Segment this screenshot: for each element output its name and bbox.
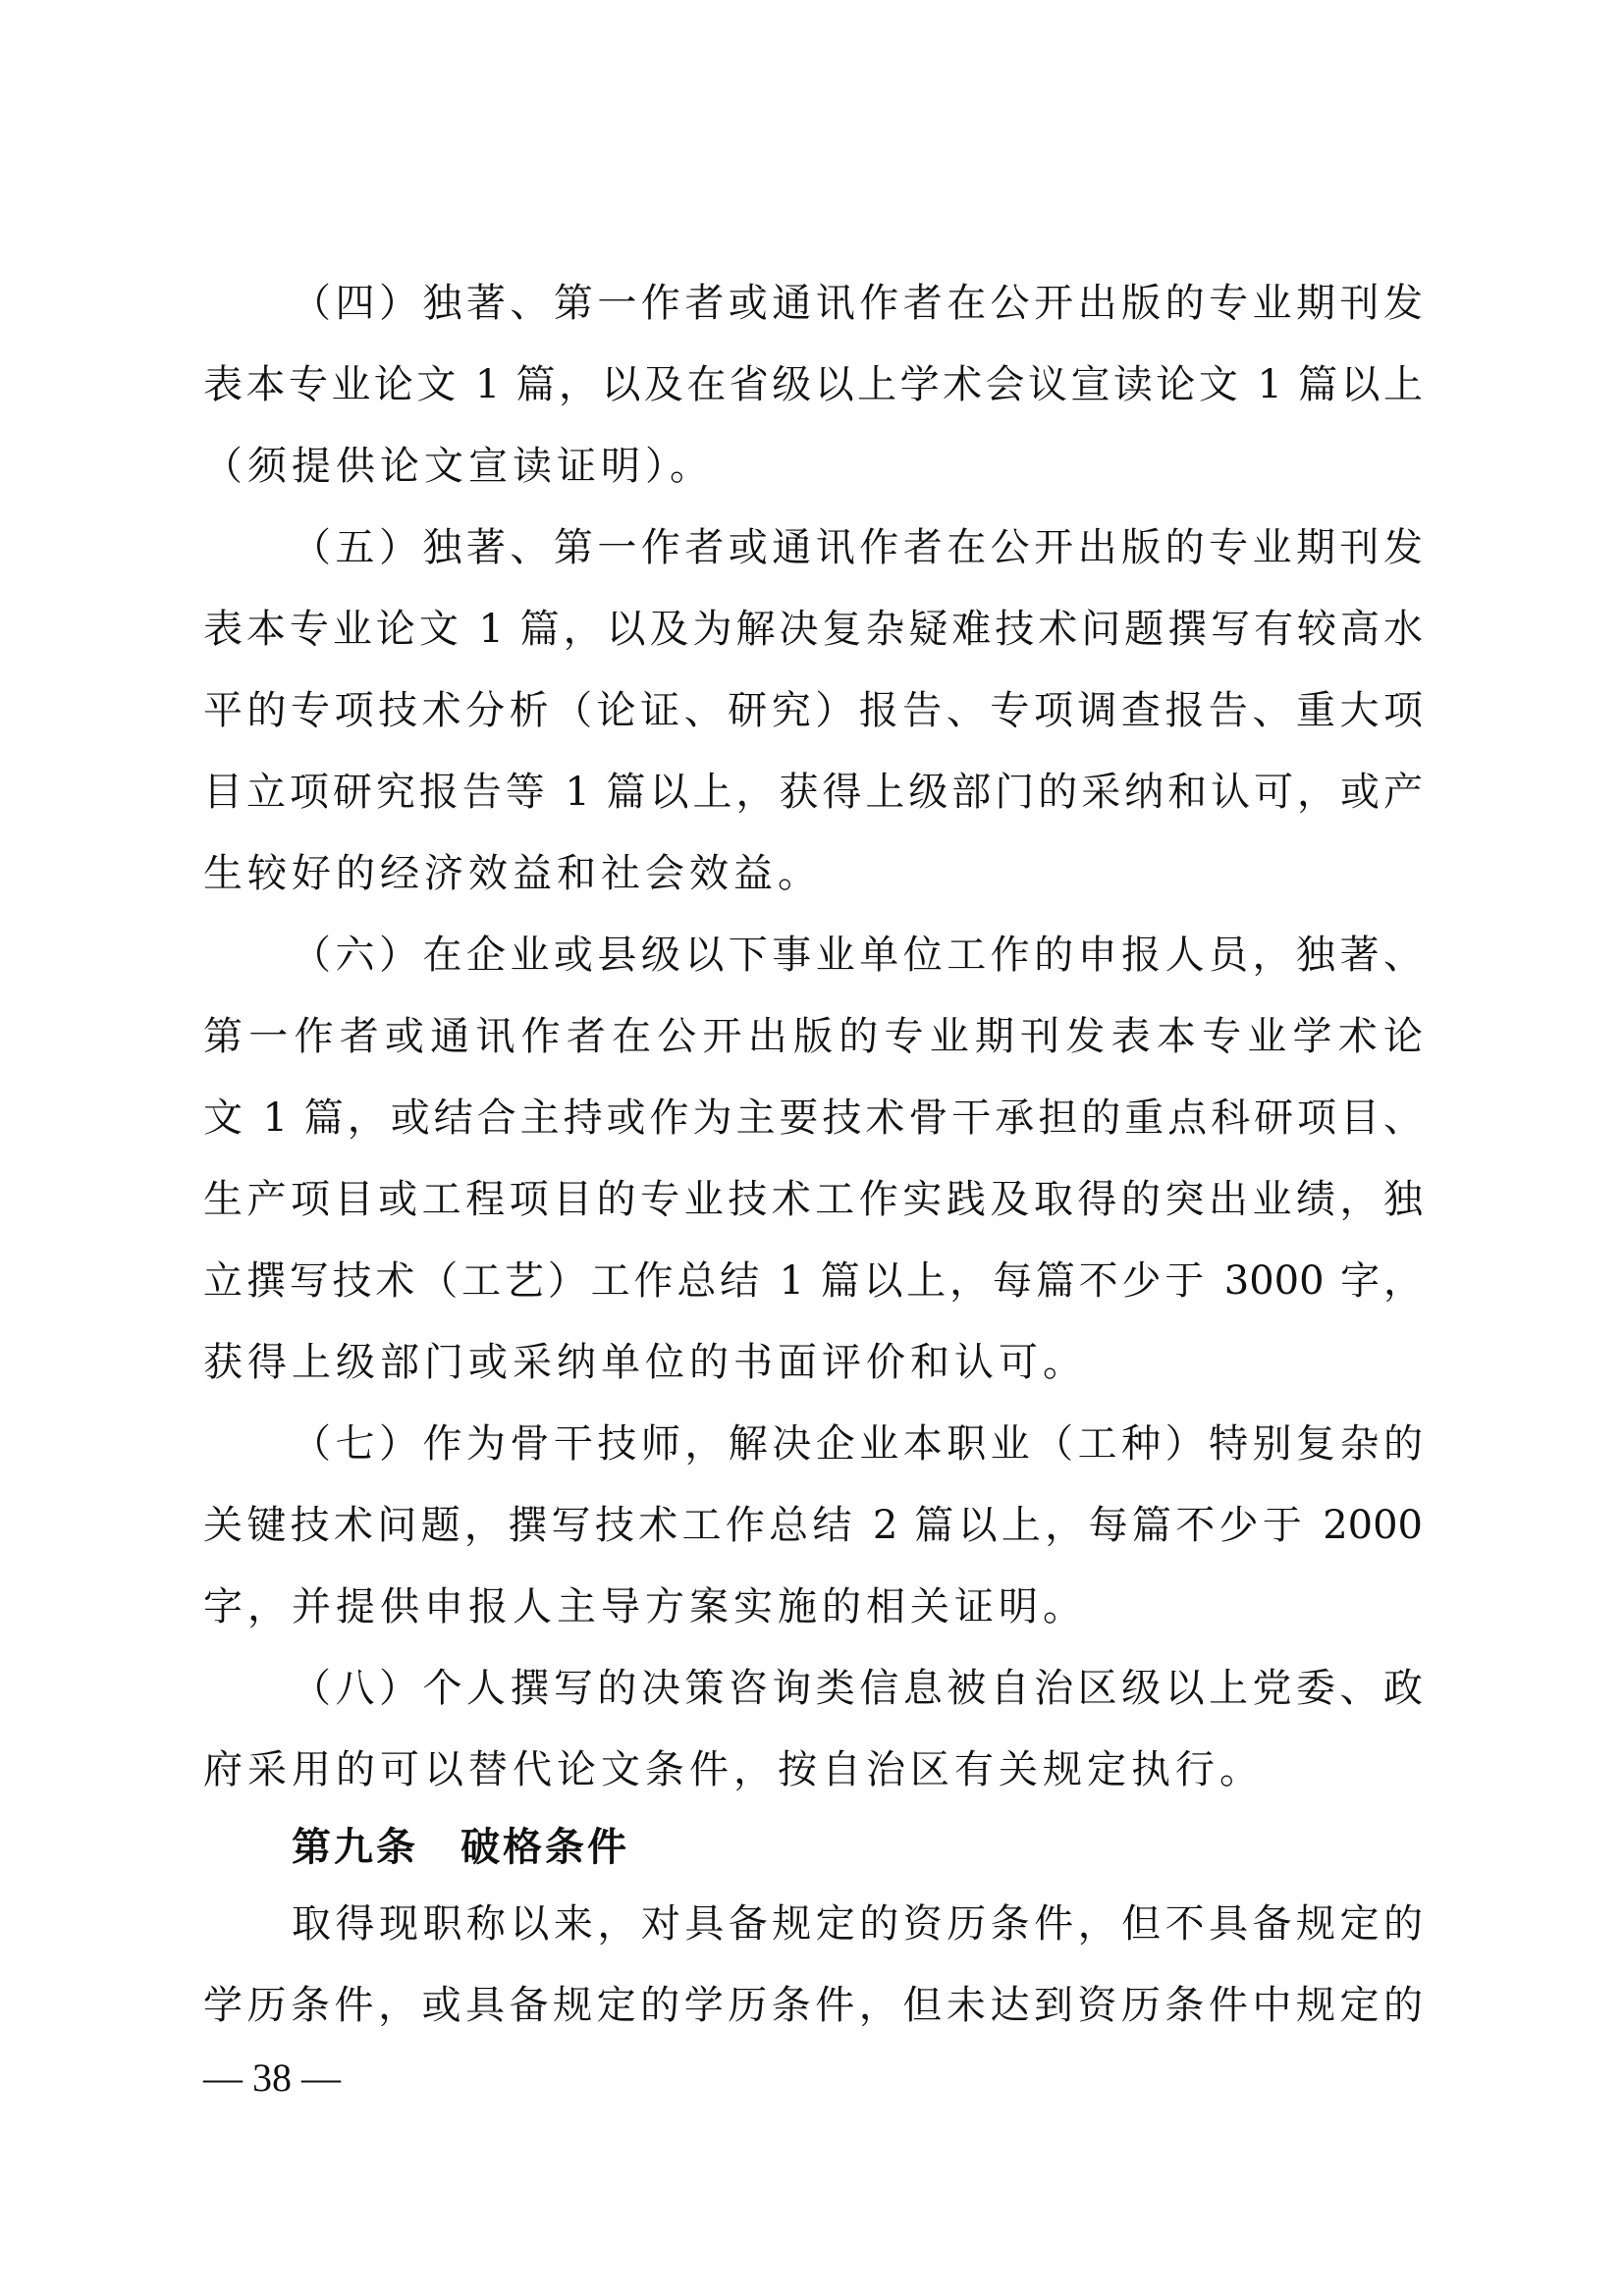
paragraph-item-7-line-3: 字，并提供申报人主导方案实施的相关证明。 <box>203 1567 1423 1648</box>
paragraph-item-5-line-1: （五）独著、第一作者或通讯作者在公开出版的专业期刊发 <box>203 507 1423 589</box>
paragraph-item-6-line-4: 生产项目或工程项目的专业技术工作实践及取得的突出业绩，独 <box>203 1159 1423 1241</box>
paragraph-item-6-line-1: （六）在企业或县级以下事业单位工作的申报人员，独著、 <box>203 915 1423 996</box>
paragraph-item-6-line-5: 立撰写技术（工艺）工作总结 1 篇以上，每篇不少于 3000 字， <box>203 1241 1423 1322</box>
article-body-line-2: 学历条件，或具备规定的学历条件，但未达到资历条件中规定的 <box>203 1965 1423 2047</box>
paragraph-item-5-line-3: 平的专项技术分析（论证、研究）报告、专项调查报告、重大项 <box>203 670 1423 752</box>
document-body: （四）独著、第一作者或通讯作者在公开出版的专业期刊发 表本专业论文 1 篇，以及… <box>203 263 1423 2047</box>
document-page: （四）独著、第一作者或通讯作者在公开出版的专业期刊发 表本专业论文 1 篇，以及… <box>0 0 1624 2296</box>
paragraph-item-6-line-3: 文 1 篇，或结合主持或作为主要技术骨干承担的重点科研项目、 <box>203 1078 1423 1159</box>
paragraph-item-5-line-4: 目立项研究报告等 1 篇以上，获得上级部门的采纳和认可，或产 <box>203 752 1423 833</box>
paragraph-item-8-line-2: 府采用的可以替代论文条件，按自治区有关规定执行。 <box>203 1730 1423 1811</box>
paragraph-item-8-line-1: （八）个人撰写的决策咨询类信息被自治区级以上党委、政 <box>203 1648 1423 1730</box>
paragraph-item-4-line-2: 表本专业论文 1 篇，以及在省级以上学术会议宣读论文 1 篇以上 <box>203 345 1423 426</box>
paragraph-item-5-line-2: 表本专业论文 1 篇，以及为解决复杂疑难技术问题撰写有较高水 <box>203 589 1423 670</box>
paragraph-item-5-line-5: 生较好的经济效益和社会效益。 <box>203 833 1423 915</box>
paragraph-item-4-line-3: （须提供论文宣读证明）。 <box>203 426 1423 507</box>
article-heading: 第九条 破格条件 <box>203 1811 1423 1884</box>
paragraph-item-7-line-2: 关键技术问题，撰写技术工作总结 2 篇以上，每篇不少于 2000 <box>203 1485 1423 1567</box>
paragraph-item-4-line-1: （四）独著、第一作者或通讯作者在公开出版的专业期刊发 <box>203 263 1423 345</box>
paragraph-item-6-line-2: 第一作者或通讯作者在公开出版的专业期刊发表本专业学术论 <box>203 996 1423 1078</box>
article-body-line-1: 取得现职称以来，对具备规定的资历条件，但不具备规定的 <box>203 1884 1423 1965</box>
paragraph-item-7-line-1: （七）作为骨干技师，解决企业本职业（工种）特别复杂的 <box>203 1404 1423 1485</box>
page-number: — 38 — <box>203 2054 341 2103</box>
paragraph-item-6-line-6: 获得上级部门或采纳单位的书面评价和认可。 <box>203 1322 1423 1404</box>
